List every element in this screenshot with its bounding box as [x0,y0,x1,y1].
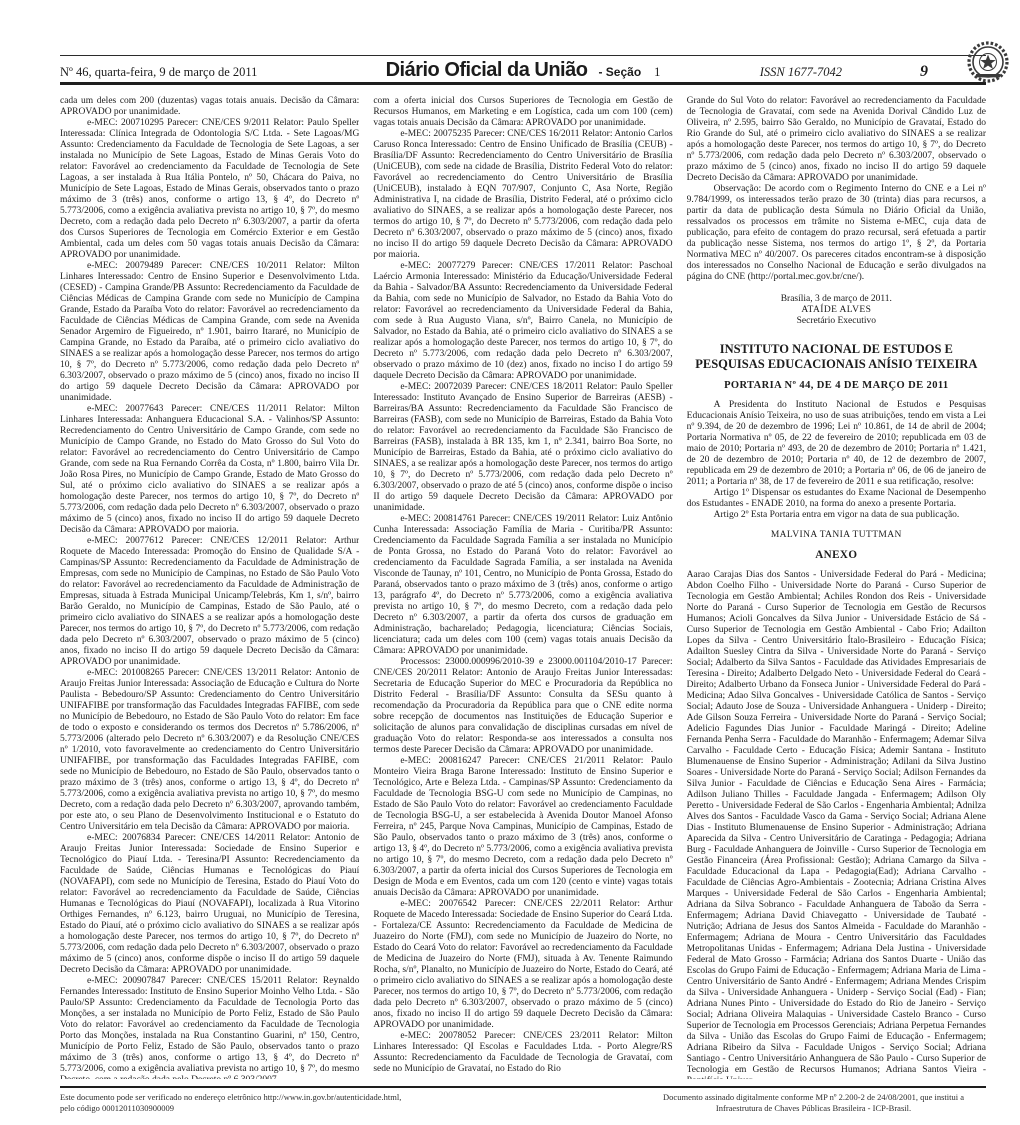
page-footer: Este documento pode ser verificado no en… [60,1092,986,1113]
digital-signature-note: Documento assinado digitalmente conforme… [663,1092,964,1113]
agency-heading: INSTITUTO NACIONAL DE ESTUDOS E PESQUISA… [687,342,986,371]
portaria-article-1: Artigo 1º Dispensar os estudantes do Exa… [687,488,986,510]
parecer-paragraph: Processos: 23000.000996/2010-39 e 23000.… [373,657,672,756]
parecer-paragraph: cada um deles com 200 (duzentas) vagas t… [60,96,359,118]
masthead-block: Diário Oficial da União - Seção 1 [386,59,661,82]
edition-date: Nº 46, quarta-feira, 9 de março de 2011 [60,65,386,80]
portaria-paragraph: A Presidenta do Instituto Nacional de Es… [687,400,986,488]
signature-role: Secretário Executivo [687,316,986,327]
page-header: Nº 46, quarta-feira, 9 de março de 2011 … [60,59,986,81]
parecer-paragraph: e-MEC: 200816247 Parecer: CNE/CES 21/201… [373,756,672,899]
page-number: 9 [920,63,928,81]
observacao-paragraph: Observação: De acordo com o Regimento In… [687,184,986,283]
column-2: com a oferta inicial dos Cursos Superior… [373,96,672,1079]
parecer-paragraph: com a oferta inicial dos Cursos Superior… [373,96,672,129]
parecer-paragraph: e-MEC: 200907847 Parecer: CNE/CES 15/201… [60,976,359,1079]
parecer-paragraph: e-MEC: 20072039 Parecer: CNE/CES 18/2011… [373,382,672,514]
parecer-paragraph: e-MEC: 200814761 Parecer: CNE/CES 19/201… [373,514,672,657]
verification-line-1: Este documento pode ser verificado no en… [60,1092,401,1103]
column-3: Grande do Sul Voto do relator: Favorável… [687,96,986,1079]
parecer-paragraph: e-MEC: 20079489 Parecer: CNE/CES 10/2011… [60,261,359,404]
masthead-title: Diário Oficial da União [386,59,588,81]
footer-rule [60,1086,986,1088]
portaria-article-2: Artigo 2º Esta Portaria entra em vigor n… [687,510,986,521]
parecer-paragraph: e-MEC: 20077279 Parecer: CNE/CES 17/2011… [373,261,672,382]
signature-note-line-2: Infraestrutura de Chaves Públicas Brasil… [663,1103,964,1114]
anexo-list: Aarao Carajas Dias dos Santos - Universi… [687,570,986,1079]
parecer-paragraph: Grande do Sul Voto do relator: Favorável… [687,96,986,184]
verification-note: Este documento pode ser verificado no en… [60,1092,401,1113]
portaria-signature-name: MALVINA TANIA TUTTMAN [687,530,986,541]
portaria-heading: PORTARIA Nº 44, DE 4 DE MARÇO DE 2011 [687,380,986,391]
article-columns: cada um deles com 200 (duzentas) vagas t… [60,96,986,1079]
parecer-paragraph: e-MEC: 201008265 Parecer: CNE/CES 13/201… [60,668,359,833]
signature-note-line-1: Documento assinado digitalmente conforme… [663,1092,964,1103]
signature-name: ATAÍDE ALVES [687,305,986,316]
parecer-paragraph: e-MEC: 20076834 Parecer: CNE/CES 14/2011… [60,833,359,976]
issn-label: ISSN 1677-7042 [760,65,842,80]
anexo-heading: ANEXO [687,550,986,561]
parecer-paragraph: e-MEC: 20075235 Parecer: CNE/CES 16/2011… [373,129,672,261]
header-top-rule [60,55,986,56]
column-1: cada um deles com 200 (duzentas) vagas t… [60,96,359,1079]
gazette-page: Nº 46, quarta-feira, 9 de março de 2011 … [0,0,1020,1125]
national-seal-icon [966,40,1010,84]
parecer-paragraph: e-MEC: 20077612 Parecer: CNE/CES 12/2011… [60,536,359,668]
parecer-paragraph: e-MEC: 200710295 Parecer: CNE/CES 9/2011… [60,118,359,261]
section-label: - Seção [598,65,641,79]
parecer-paragraph: e-MEC: 20077643 Parecer: CNE/CES 11/2011… [60,404,359,536]
verification-line-2: pelo código 00012011030900009 [60,1103,401,1114]
header-right-block: ISSN 1677-7042 9 [660,63,986,81]
signature-date-line: Brasília, 3 de março de 2011. [687,294,986,305]
parecer-paragraph: e-MEC: 20078052 Parecer: CNE/CES 23/2011… [373,1031,672,1075]
parecer-paragraph: e-MEC: 20076542 Parecer: CNE/CES 22/2011… [373,899,672,1031]
header-bottom-rule [60,82,986,85]
